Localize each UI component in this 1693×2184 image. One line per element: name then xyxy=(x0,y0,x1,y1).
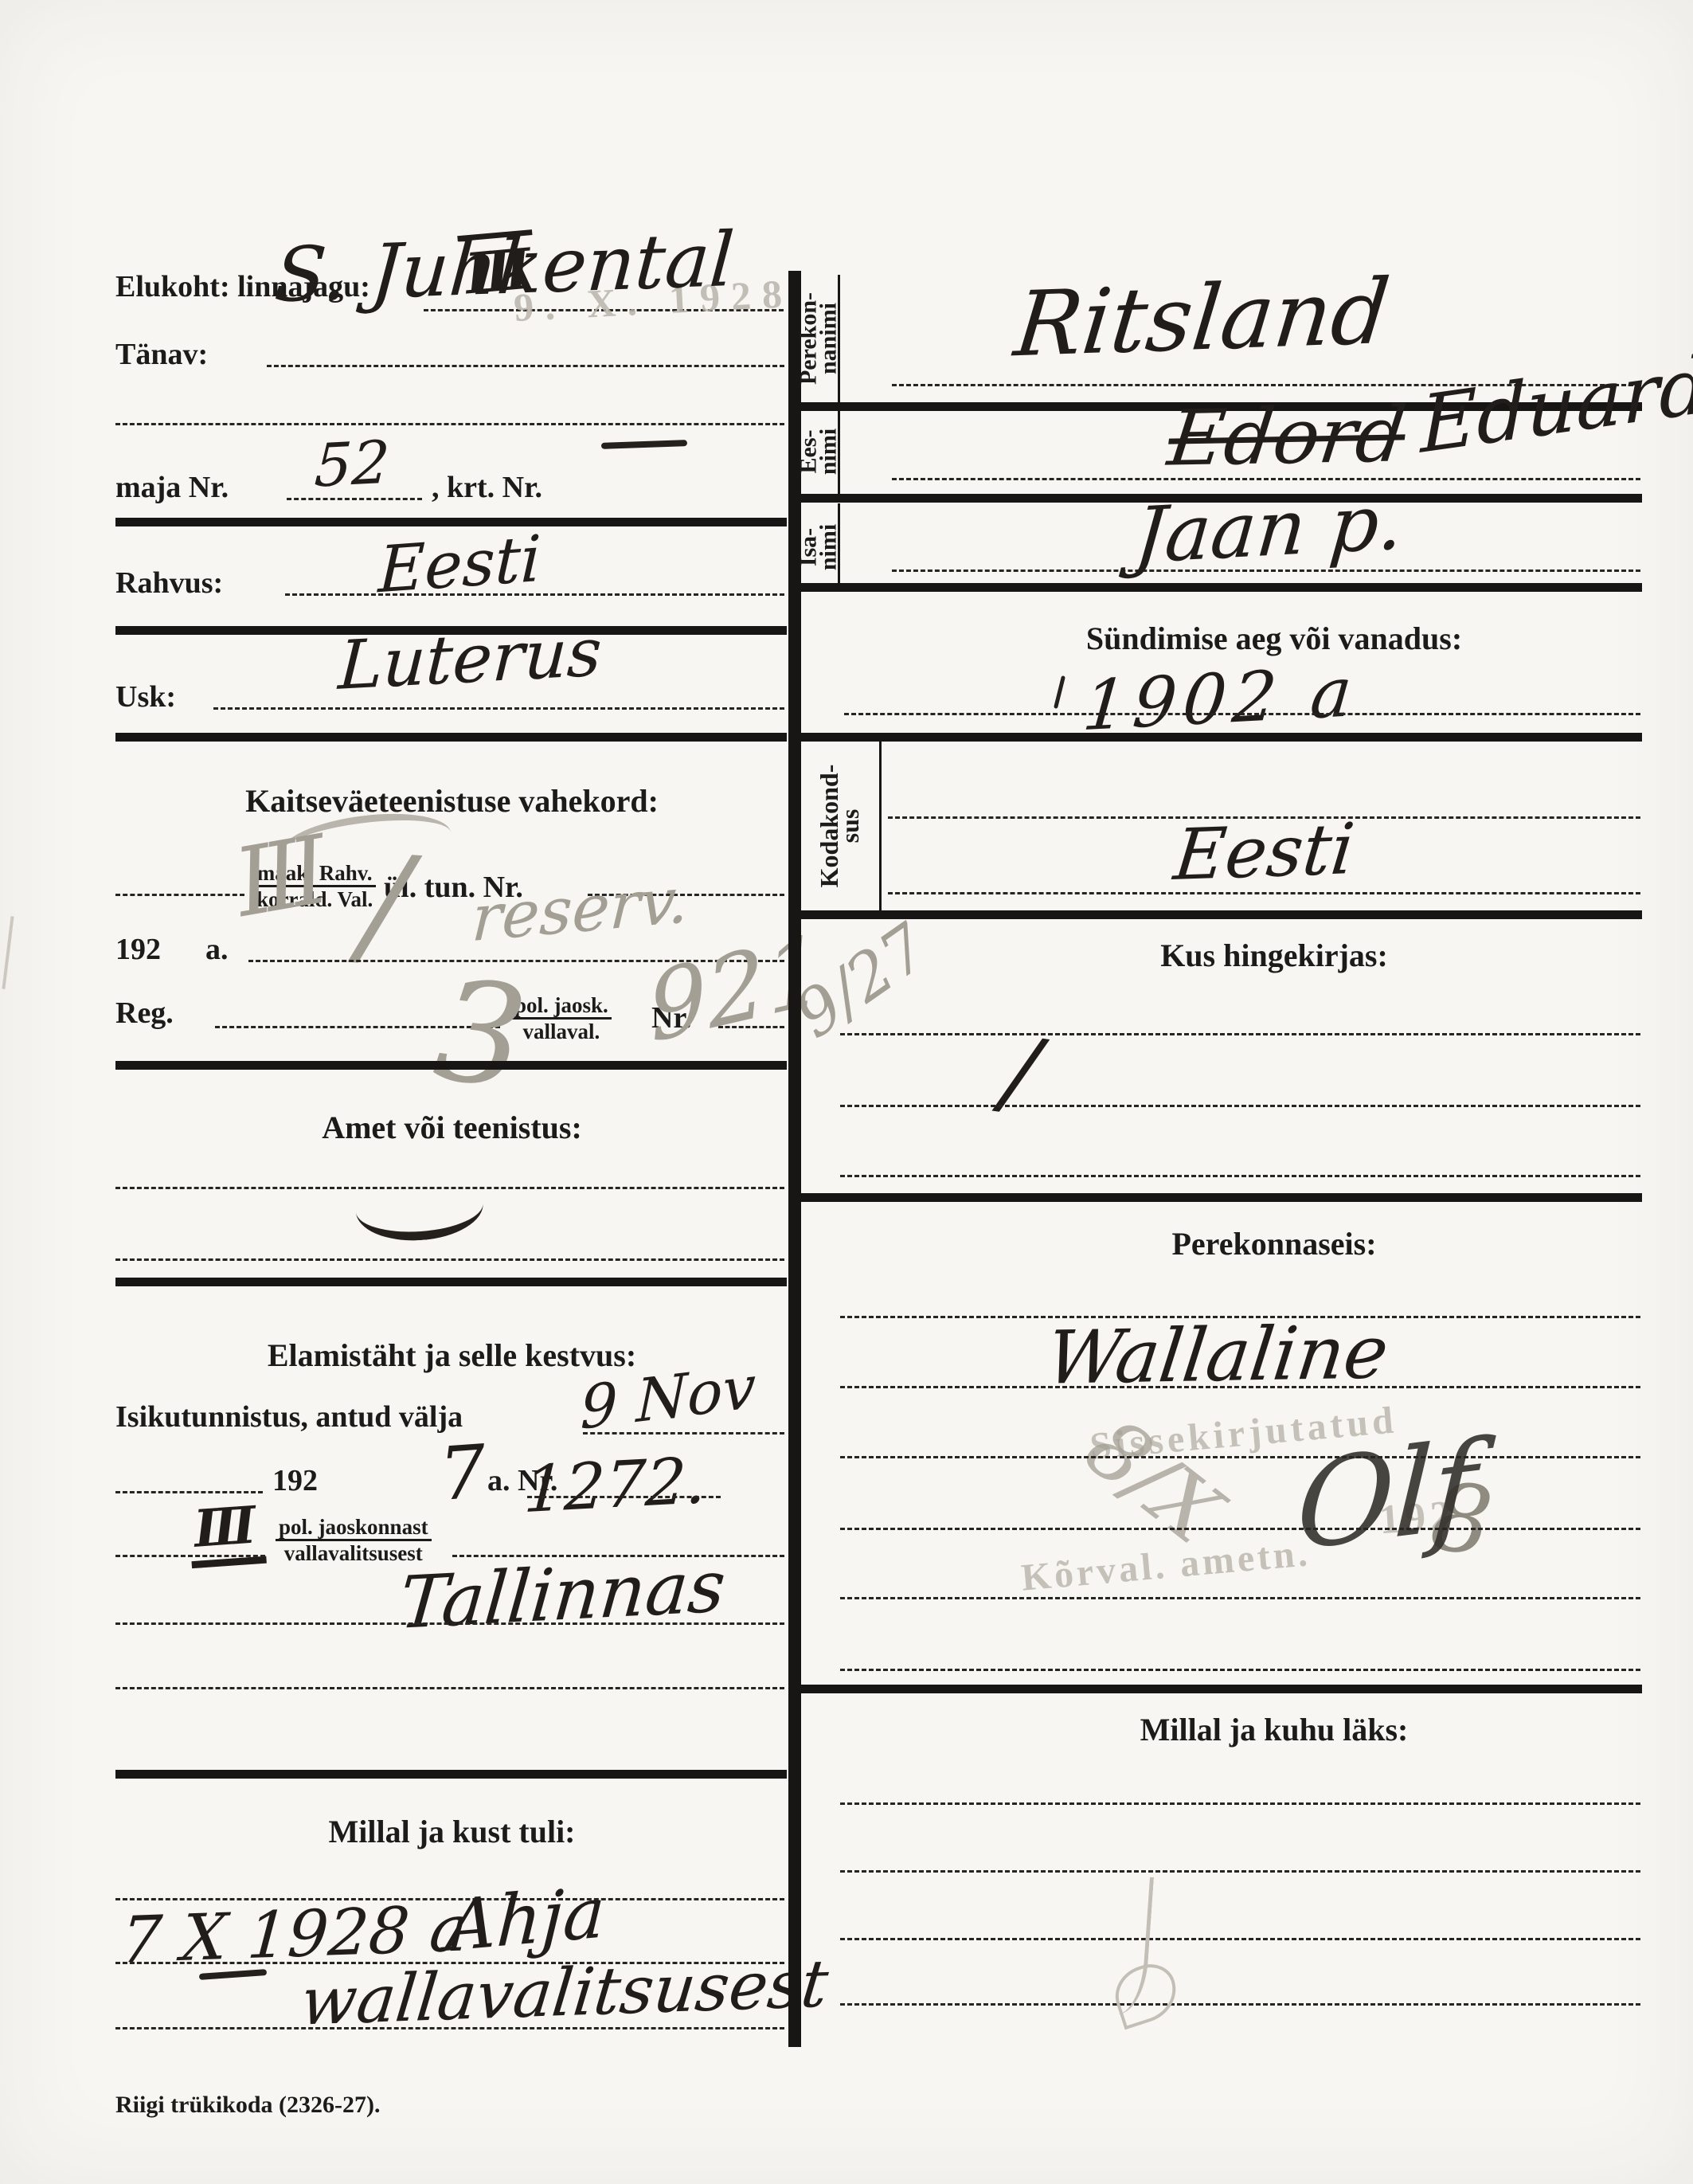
handwritten-amet-dash xyxy=(356,1200,486,1244)
pencil-reg-3: 3 xyxy=(427,949,534,1121)
rule-bar xyxy=(115,1770,787,1779)
section-heading-parish: Kus hingekirjas: xyxy=(876,937,1672,974)
handwritten-firstname-struck: Edord xyxy=(1163,389,1410,483)
rule-dotted xyxy=(840,2003,1640,2006)
rule-dotted-birth xyxy=(844,713,1640,715)
rule-dotted-maja xyxy=(287,498,422,500)
isik-fraction: pol. jaoskonnast vallavalitsusest xyxy=(276,1516,432,1565)
field-label-year: 192 xyxy=(115,932,161,967)
rule-dotted xyxy=(840,1802,1640,1805)
field-label-isik-year: 192 xyxy=(272,1463,318,1498)
section-heading-birth: Sündimise aeg või vanadus: xyxy=(876,620,1672,657)
rule-bar xyxy=(115,733,787,742)
rule-dotted xyxy=(115,1687,784,1689)
rotated-label-surname: Perekon- nanimi xyxy=(800,275,838,402)
handwritten-usk-value: Luterus xyxy=(337,613,604,705)
rule-bar xyxy=(790,733,1642,742)
rule-dotted-mil-left xyxy=(115,894,244,896)
rule-dotted xyxy=(840,1528,1640,1530)
rule-bar xyxy=(115,518,787,526)
rule-bar xyxy=(790,910,1642,919)
rule-dotted xyxy=(840,1175,1640,1177)
rule-dotted-usk xyxy=(213,707,784,710)
handwritten-isik-place: Tallinnas xyxy=(397,1544,729,1646)
rule-bar xyxy=(790,583,1642,592)
label-separator xyxy=(838,409,840,495)
father-label-line2: nimi xyxy=(819,524,839,570)
rule-dotted xyxy=(115,1187,784,1189)
rule-dotted-isik-left xyxy=(115,1491,263,1493)
rule-dotted xyxy=(115,1258,784,1261)
handwritten-maja-value: 52 xyxy=(313,428,392,500)
rule-bar xyxy=(115,1278,787,1286)
handwritten-isik-nr: 1272. xyxy=(522,1443,709,1527)
rule-bar xyxy=(790,1685,1642,1693)
handwritten-krt-dash xyxy=(601,440,687,449)
rule-dotted xyxy=(840,1386,1640,1388)
label-separator xyxy=(838,275,840,402)
isik-fraction-top: pol. jaoskonnast xyxy=(276,1516,432,1541)
rule-dotted-rahvus xyxy=(285,593,784,596)
section-heading-laks: Millal ja kuhu läks: xyxy=(876,1711,1672,1748)
rule-dotted xyxy=(115,1622,784,1625)
handwritten-isik-year: 7 xyxy=(436,1429,489,1517)
rule-dotted-tanav xyxy=(267,365,784,367)
section-heading-amet: Amet või teenistus: xyxy=(115,1109,788,1146)
rule-dotted xyxy=(840,1669,1640,1671)
rule-dotted xyxy=(840,1597,1640,1599)
section-heading-military: Kaitseväeteenistuse vahekord: xyxy=(115,782,788,820)
handwritten-tick xyxy=(1054,675,1065,709)
rule-dotted xyxy=(840,1105,1640,1107)
section-heading-marital: Perekonnaseis: xyxy=(876,1225,1672,1262)
rule-bar xyxy=(790,1193,1642,1202)
pencil-margin-mark xyxy=(2,916,14,989)
rule-dotted xyxy=(115,1555,265,1557)
rule-dotted xyxy=(840,1456,1640,1458)
handwritten-tuli-place: Ahja xyxy=(444,1871,608,1967)
field-label-isikutunnistus: Isikutunnistus, antud välja xyxy=(115,1399,463,1434)
rotated-label-citizenship: Kodakond- sus xyxy=(800,741,879,910)
rule-dotted xyxy=(840,1033,1640,1035)
field-label-year-a: a. xyxy=(205,932,229,967)
field-label-rahvus: Rahvus: xyxy=(115,566,223,601)
rule-dotted xyxy=(840,1870,1640,1873)
handwritten-firstname: Eduard xyxy=(1421,339,1693,472)
label-separator xyxy=(879,741,882,910)
rule-bar xyxy=(115,1061,787,1070)
rotated-label-firstname: Ees- nimi xyxy=(800,409,838,495)
field-label-tanav: Tänav: xyxy=(115,337,208,372)
handwritten-father-name: Jaan p. xyxy=(1131,477,1407,581)
label-separator xyxy=(838,503,840,591)
field-label-usk: Usk: xyxy=(115,679,176,714)
rule-dotted xyxy=(840,1938,1640,1940)
handwritten-citizenship: Eesti xyxy=(1171,808,1359,896)
handwritten-tanav-value: S. Juhkental xyxy=(272,217,737,319)
printer-imprint: Riigi trükikoda (2326-27). xyxy=(115,2092,381,2119)
handwritten-isik-district: III xyxy=(187,1495,267,1568)
rule-dotted-isik-nr xyxy=(527,1496,721,1498)
field-label-krt: , krt. Nr. xyxy=(432,470,542,505)
rule-dotted xyxy=(115,2027,784,2029)
official-signature: Olf xyxy=(1293,1415,1480,1578)
section-heading-tuli: Millal ja kust tuli: xyxy=(115,1813,788,1850)
rotated-label-father: Isa- nimi xyxy=(800,503,838,591)
handwritten-surname: Ritsland xyxy=(1010,260,1394,378)
field-label-maja: maja Nr. xyxy=(115,470,229,505)
surname-label-line2: nanimi xyxy=(819,292,839,385)
field-label-reg: Reg. xyxy=(115,996,174,1031)
firstname-label-line2: nimi xyxy=(819,429,839,475)
rule-dotted-isik-date xyxy=(583,1432,784,1434)
registration-card-scan: Elukoht: linnajagu: 9. X. 1928 III Tänav… xyxy=(0,0,1693,2184)
rule-dotted-full xyxy=(115,423,784,425)
